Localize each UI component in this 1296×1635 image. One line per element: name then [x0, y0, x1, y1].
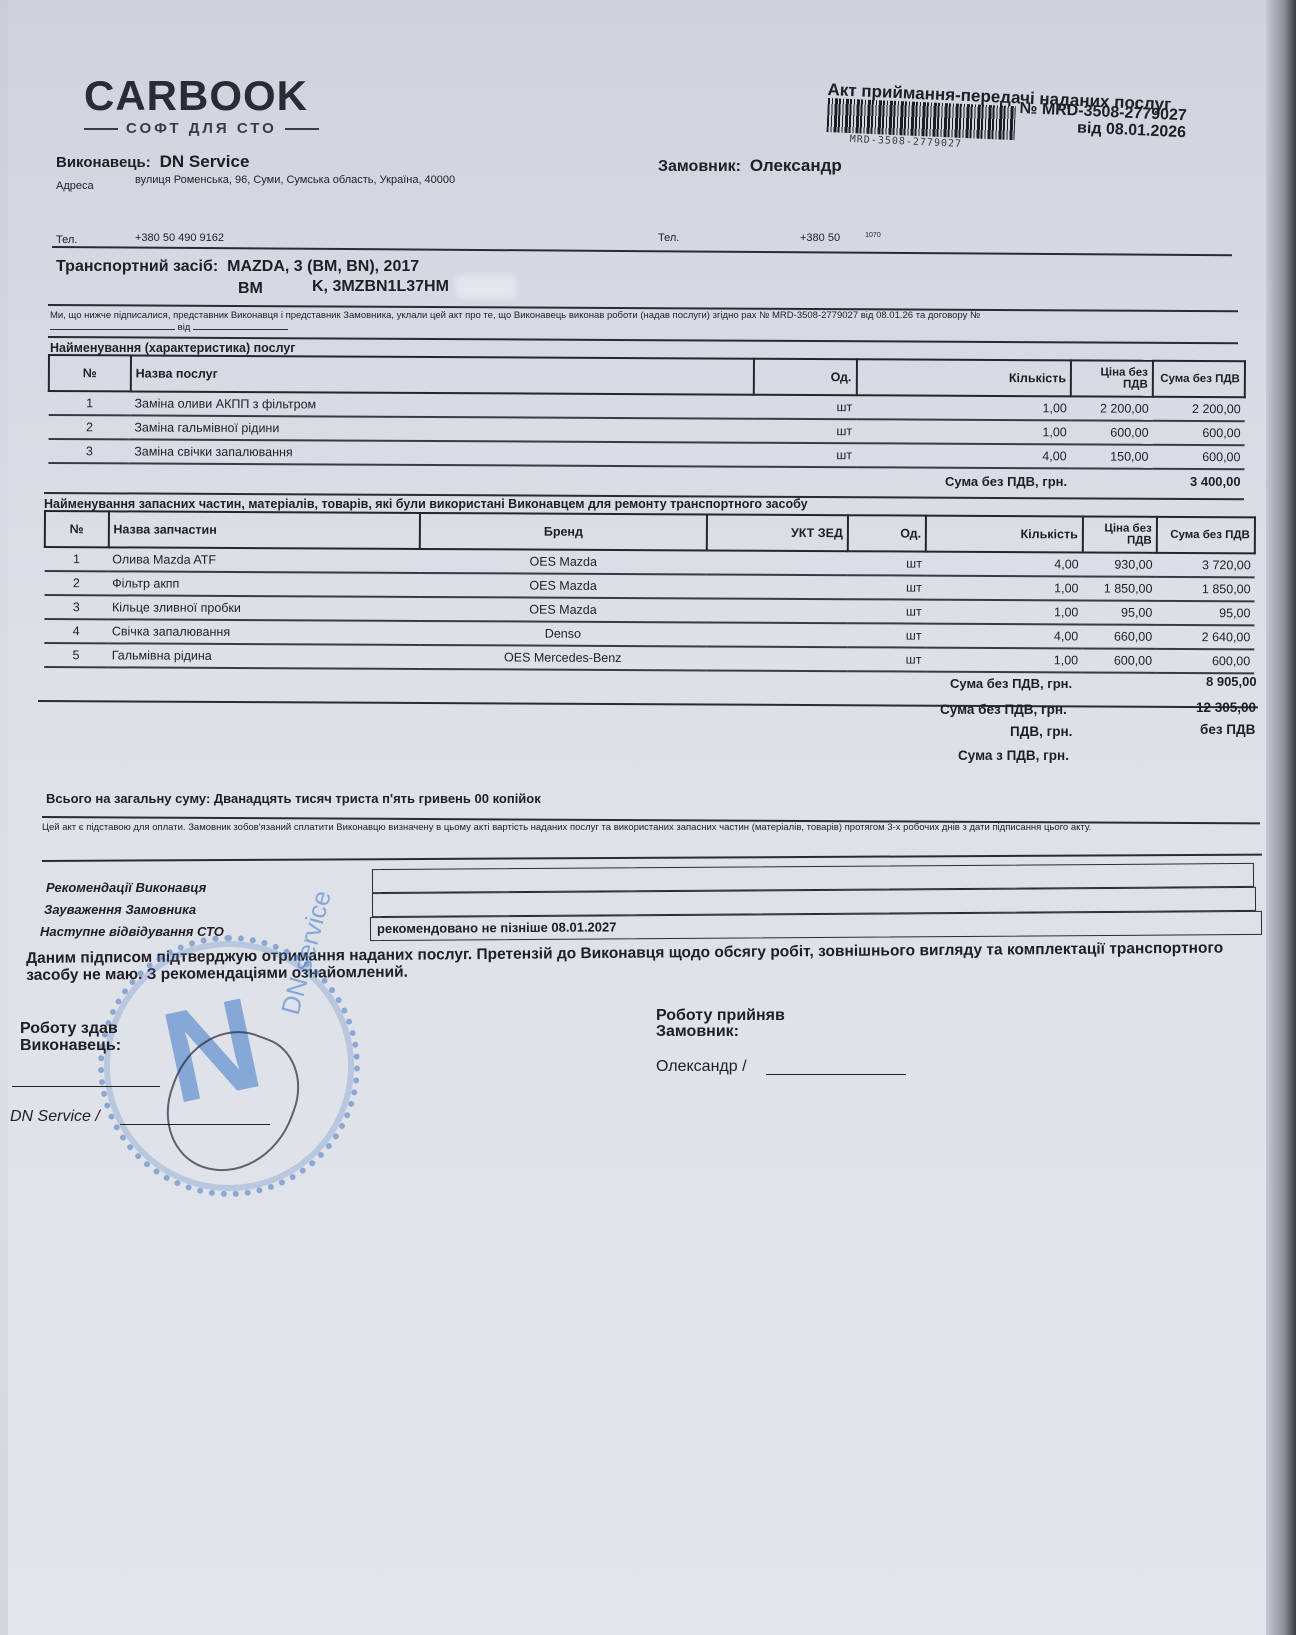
contractor-phone-label: Тел. [56, 234, 77, 246]
parts-total-label: Сума без ПДВ, грн. [950, 676, 1072, 691]
services-table: № Назва послуг Од. Кількість Ціна без ПД… [47, 354, 1246, 470]
grand-net-label: Сума без ПДВ, грн. [940, 702, 1067, 717]
services-total-label: Сума без ПДВ, грн. [945, 474, 1067, 489]
payment-terms-note: Цей акт є підставою для оплати. Замовник… [42, 822, 1252, 833]
next-visit-label: Наступне відвідування СТО [40, 924, 224, 939]
agreement-text: Ми, що нижче підписалися, представник Ви… [50, 310, 980, 321]
carbook-logo: CARBOOK [84, 72, 308, 120]
customer-block: Замовник: Олександр [658, 156, 842, 176]
contractor-address-label: Адреса [56, 180, 94, 192]
vehicle-block: Транспортний засіб: MAZDA, 3 (BM, BN), 2… [56, 258, 419, 276]
col-quantity: Кількість [856, 359, 1071, 396]
recommendations-label: Рекомендації Виконавця [46, 880, 206, 895]
contractor-signature-line-2 [120, 1124, 270, 1125]
services-section-title: Найменування (характеристика) послуг [50, 341, 296, 355]
col-unit: Од. [848, 515, 926, 551]
table-row: 3Заміна свічки запалювання шт4,00 150,00… [48, 439, 1244, 469]
contractor-signature-name: DN Service / [10, 1108, 100, 1126]
grand-gross-label: Сума з ПДВ, грн. [958, 748, 1069, 763]
col-quantity: Кількість [926, 516, 1083, 553]
col-price: Ціна без ПДВ [1083, 516, 1157, 552]
services-total: 3 400,00 [1190, 474, 1241, 489]
customer-signature-label: Роботу прийняв Замовник: [656, 1008, 826, 1040]
customer-signature-name: Олександр / [656, 1058, 747, 1076]
vehicle-plate: BM [238, 280, 263, 298]
contractor-block: Виконавець: DN Service [56, 152, 249, 172]
col-part-name: Назва запчастин [108, 511, 420, 549]
customer-phone: +380 50 1070 [800, 232, 881, 244]
grand-net: 12 305,00 [1196, 700, 1256, 715]
agreement-contract-line: від [50, 322, 288, 333]
redaction-blur [456, 276, 516, 298]
vat-label: ПДВ, грн. [1010, 724, 1072, 739]
col-brand: Бренд [420, 513, 707, 551]
col-price: Ціна без ПДВ [1071, 360, 1153, 396]
contractor-signature-line [12, 1086, 160, 1087]
col-uktzed: УКТ ЗЕД [707, 514, 848, 551]
table-row: 5Гальмівна рідинаOES Mercedes-Benz шт1,0… [44, 643, 1254, 673]
col-number: № [45, 511, 109, 547]
col-unit: Од. [754, 359, 856, 396]
parts-table: № Назва запчастин Бренд УКТ ЗЕД Од. Кіль… [43, 510, 1256, 674]
col-sum: Сума без ПДВ [1153, 361, 1245, 397]
amount-in-words: Всього на загальну суму: Дванадцять тися… [46, 791, 541, 806]
col-number: № [49, 355, 131, 391]
vat-value: без ПДВ [1200, 722, 1255, 737]
customer-phone-label: Тел. [658, 232, 679, 244]
document-number: № MRD-3508-2779027 від 08.01.2026 [1019, 100, 1188, 141]
contractor-phone: +380 50 490 9162 [135, 232, 224, 244]
background-edge [1266, 0, 1296, 1635]
parts-total: 8 905,00 [1206, 674, 1257, 689]
contractor-address: вулиця Роменська, 96, Суми, Сумська обла… [135, 174, 455, 186]
contractor-signature-label: Роботу здав Виконавець: [20, 1020, 150, 1054]
logo-tagline: СОФТ ДЛЯ СТО [84, 120, 319, 137]
customer-notes-label: Зауваження Замовника [44, 902, 196, 917]
col-sum: Сума без ПДВ [1157, 517, 1255, 554]
col-service-name: Назва послуг [131, 355, 755, 394]
vehicle-vin: K, 3MZBN1L37HM [312, 278, 449, 296]
parts-section-title: Найменування запасних частин, матеріалів… [44, 497, 808, 511]
customer-signature-line [766, 1074, 906, 1075]
